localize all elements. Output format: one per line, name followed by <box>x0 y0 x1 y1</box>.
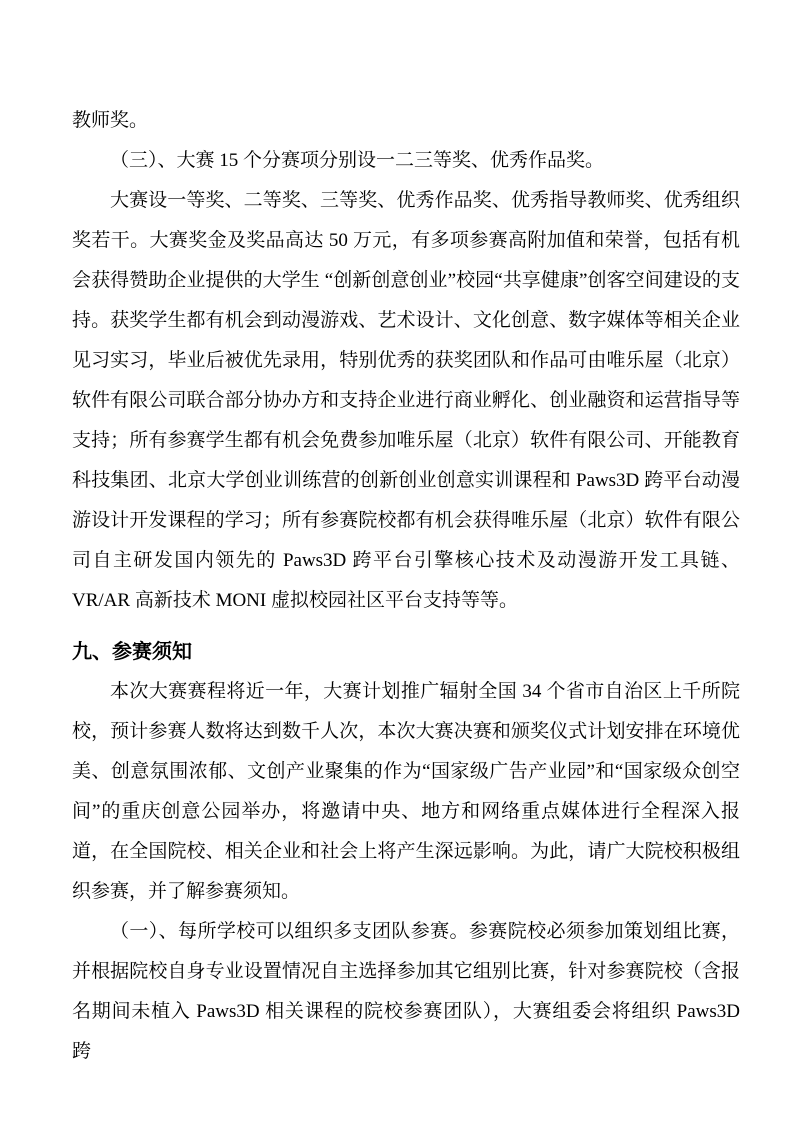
document-page: 教师奖。 （三）、大赛 15 个分赛项分别设一二三等奖、优秀作品奖。 大赛设一等… <box>0 0 793 1122</box>
paragraph-item-three: （三）、大赛 15 个分赛项分别设一二三等奖、优秀作品奖。 <box>72 141 740 181</box>
paragraph-item-one: （一）、每所学校可以组织多支团队参赛。参赛院校必须参加策划组比赛，并根据院校自身… <box>72 912 740 1072</box>
paragraph-notice-intro: 本次大赛赛程将近一年，大赛计划推广辐射全国 34 个省市自治区上千所院校，预计参… <box>72 672 740 912</box>
paragraph-carryover: 教师奖。 <box>72 101 740 141</box>
paragraph-awards-detail: 大赛设一等奖、二等奖、三等奖、优秀作品奖、优秀指导教师奖、优秀组织奖若干。大赛奖… <box>72 181 740 621</box>
section-heading-nine: 九、参赛须知 <box>72 632 740 672</box>
